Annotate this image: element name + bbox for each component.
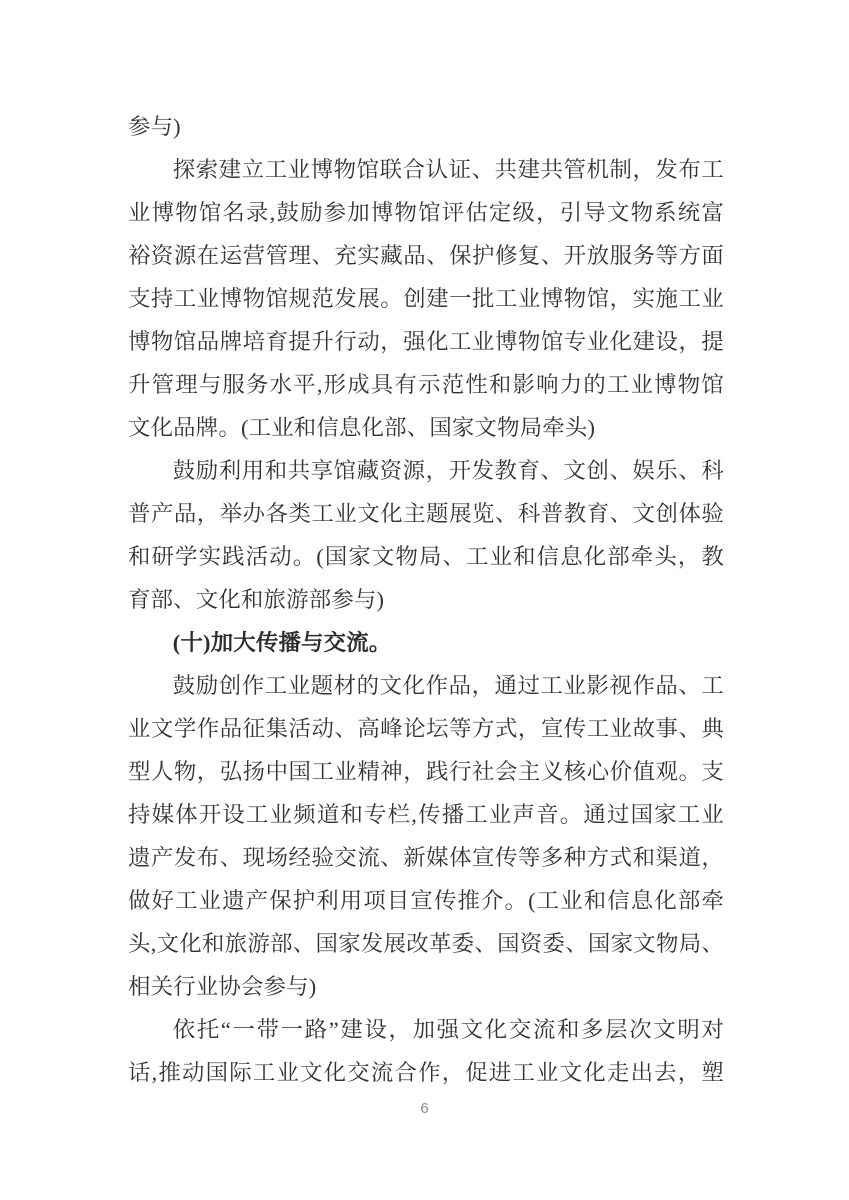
text-line: 业文学作品征集活动、高峰论坛等方式，宣传工业故事、典 [128, 707, 724, 750]
text-line: 鼓励利用和共享馆藏资源，开发教育、文创、娱乐、科 [128, 449, 724, 492]
text-line: 相关行业协会参与) [128, 965, 724, 1008]
document-body: 参与) 探索建立工业博物馆联合认证、共建共管机制，发布工 业博物馆名录,鼓励参加… [128, 105, 724, 1094]
document-page: 参与) 探索建立工业博物馆联合认证、共建共管机制，发布工 业博物馆名录,鼓励参加… [0, 0, 849, 1200]
text-line: 裕资源在运营管理、充实藏品、保护修复、开放服务等方面 [128, 234, 724, 277]
text-line: 文化品牌。(工业和信息化部、国家文物局牵头) [128, 406, 724, 449]
text-line: 持媒体开设工业频道和专栏,传播工业声音。通过国家工业 [128, 793, 724, 836]
page-number: 6 [0, 1100, 849, 1117]
text-line: 话,推动国际工业文化交流合作，促进工业文化走出去，塑 [128, 1051, 724, 1094]
text-line: 和研学实践活动。(国家文物局、工业和信息化部牵头，教 [128, 535, 724, 578]
text-line: 探索建立工业博物馆联合认证、共建共管机制，发布工 [128, 148, 724, 191]
paragraph-collection-sharing: 鼓励利用和共享馆藏资源，开发教育、文创、娱乐、科 普产品，举办各类工业文化主题展… [128, 449, 724, 621]
text-line: 做好工业遗产保护利用项目宣传推介。(工业和信息化部牵 [128, 879, 724, 922]
text-line: 升管理与服务水平,形成具有示范性和影响力的工业博物馆 [128, 363, 724, 406]
paragraph-industrial-museums: 探索建立工业博物馆联合认证、共建共管机制，发布工 业博物馆名录,鼓励参加博物馆评… [128, 148, 724, 449]
text-line: 育部、文化和旅游部参与) [128, 578, 724, 621]
section-heading-10: (十)加大传播与交流。 [128, 621, 724, 664]
paragraph-belt-and-road: 依托“一带一路”建设，加强文化交流和多层次文明对 话,推动国际工业文化交流合作，… [128, 1008, 724, 1094]
text-line: 遗产发布、现场经验交流、新媒体宣传等多种方式和渠道， [128, 836, 724, 879]
text-line: 依托“一带一路”建设，加强文化交流和多层次文明对 [128, 1008, 724, 1051]
section-heading: (十)加大传播与交流。 [128, 621, 724, 664]
text-line: 普产品，举办各类工业文化主题展览、科普教育、文创体验 [128, 492, 724, 535]
text-line: 支持工业博物馆规范发展。创建一批工业博物馆，实施工业 [128, 277, 724, 320]
text-line: 鼓励创作工业题材的文化作品，通过工业影视作品、工 [128, 664, 724, 707]
text-line: 型人物，弘扬中国工业精神，践行社会主义核心价值观。支 [128, 750, 724, 793]
paragraph-continuation: 参与) [128, 105, 724, 148]
text-line: 业博物馆名录,鼓励参加博物馆评估定级，引导文物系统富 [128, 191, 724, 234]
text-line: 头,文化和旅游部、国家发展改革委、国资委、国家文物局、 [128, 922, 724, 965]
text-line: 博物馆品牌培育提升行动，强化工业博物馆专业化建设，提 [128, 320, 724, 363]
paragraph-culture-works: 鼓励创作工业题材的文化作品，通过工业影视作品、工 业文学作品征集活动、高峰论坛等… [128, 664, 724, 1008]
text-line: 参与) [128, 105, 724, 148]
